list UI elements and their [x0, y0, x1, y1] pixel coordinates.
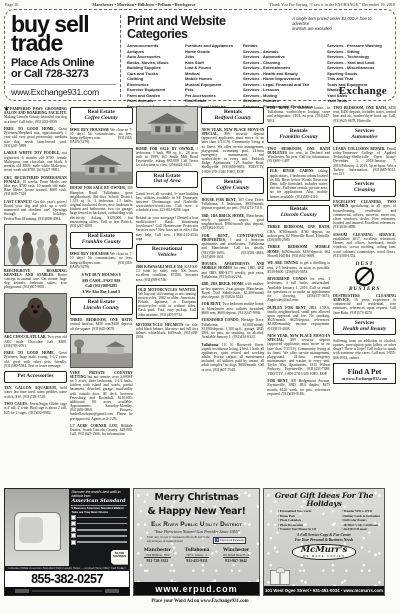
word-ad-footer: Place your Word Ad on www.Exchange931.co…	[0, 596, 400, 604]
classified-ad: TEN GALLON AQUARIUM, held water last tim…	[4, 386, 67, 399]
ad-body: 111 N. Roosevelt Street, superb townhous…	[201, 343, 264, 372]
category-item: Services - Plumbers and Electricians	[243, 104, 327, 110]
free-ad-note: A single item priced under $1,000 is fre…	[292, 16, 389, 26]
pets-group-photo	[4, 224, 67, 266]
exchange-website-url: www.Exchange931.com	[11, 84, 116, 97]
category-column-4: Services - Pressure WashingServices - Si…	[327, 43, 389, 109]
tub-fine-print	[5, 587, 129, 595]
section-header: Real EstateOut of Area	[136, 171, 199, 188]
ad-body: 2BD, 1.5BA, family neighborhood, small p…	[267, 306, 330, 331]
category-item: Yard Tools	[327, 98, 389, 104]
savings-badge: $1,500 SAVINGS	[111, 550, 128, 565]
category-column-1: AnnouncementsAntiquesAuto AccessoriesBoo…	[127, 43, 185, 109]
animals-excluded-note: animals are excluded	[292, 26, 389, 31]
ad-body: taking applications, 1-bedroom cabins lo…	[270, 169, 328, 198]
classified-column-3: HOME FOR SALE BY OWNER, 3 bedrooms, 1 ba…	[136, 106, 199, 486]
classified-ad: FOR RENT, Two bedroom mobile home, in Ma…	[201, 302, 264, 315]
classified-ad: WE ARE TRYING to get a dwelling to rent,…	[267, 261, 330, 274]
classified-ad: FOR RENT, 405 Hedgemont Avenue, Fayettev…	[267, 379, 330, 396]
classified-ad: SISSOM CLEANING SERVICE, established 201…	[333, 233, 396, 258]
classified-ad: DUPLEX FOR RENT, 2BD, 1.5BA, family neig…	[267, 306, 330, 331]
classified-ad: MOTORCYCLE HELMETS for sale, solid black…	[136, 323, 199, 340]
classified-column-2: Real EstateCoffee County$$WE BUY HOUSES$…	[70, 106, 133, 486]
elk-river-visit-text: Visit any of our convenient offices & le…	[147, 536, 211, 544]
facebook-icon: f	[215, 538, 219, 542]
classified-ad: THREE BEDROOM, ONE BATH, central heat/ai…	[70, 318, 133, 331]
office-manchester: Manchester 1324 Hillsboro Blvd 931-728-3…	[144, 547, 171, 563]
section-header-line2: Out of Area	[138, 179, 197, 185]
category-column-3: RentalsServices - AnimalsServices - Auto…	[243, 43, 327, 109]
chocolate-lab-photo	[4, 293, 67, 333]
classified-ad: VERY PRIVATE COUNTRY SETTING but not rem…	[70, 371, 133, 421]
ad-lead: PAMPERED PAWS GROOMING SALON AND BOARDIN…	[4, 107, 67, 115]
classified-ad: EXCELLENT CLEANERS, TWO WOMEN specializi…	[333, 200, 396, 229]
ad-body: for rent, 3 bedrooms, 3 full baths, unfu…	[267, 277, 330, 302]
classified-ad: HOME FOR SALE BY OWNER, 3 bedrooms, 1 ba…	[136, 147, 199, 168]
section-header-line2: Vehicles	[138, 253, 197, 259]
classified-ad: TWO CAGES. Ferret/Sugar Glider cage is 4…	[4, 402, 67, 415]
ad-body: Behind on your mortgage? Denied a loan m…	[136, 216, 199, 241]
classifieds-area: PAMPERED PAWS GROOMING SALON AND BOARDIN…	[0, 104, 400, 486]
section-header-line2: Lincoln County	[72, 306, 131, 312]
section-header: ServicesAutomotive	[333, 126, 396, 143]
dust-word-bottom: BUSTERS	[333, 286, 396, 292]
classified-ad: RIVERBEND CONDO for rent, 3 bedrooms, 3 …	[267, 277, 330, 302]
section-header: RentalsFranklin County	[267, 126, 330, 143]
section-header: Real EstateLincoln County	[70, 297, 133, 314]
classified-ad: FOR RENT, CONTINENTAL PROPERTIES, 1 and …	[201, 234, 264, 259]
happy-new-year-line: & Happy New Year!	[134, 507, 259, 517]
ad-body: specializing in all types of housecleani…	[333, 204, 396, 229]
classified-ad: FREE TO GOOD HOME, Great Pyrenees/Shephe…	[4, 127, 67, 148]
classified-column-4: RentalsBedford CountyNEW YEAR, NEW PLACE…	[201, 106, 264, 486]
office-tullahoma: Tullahoma 207 S. Jackson St. 931-455-931…	[185, 547, 210, 563]
section-header-line2: Coffee County	[72, 116, 131, 122]
classified-column-1: PAMPERED PAWS GROOMING SALON AND BOARDIN…	[4, 106, 67, 486]
gift-ideas-list-left: • Personalized Note Cards• Memo Pads• Ph…	[278, 509, 316, 532]
classified-ad: LEARN COLLISION REPAIR. Enroll today-Ten…	[333, 147, 396, 176]
we-buy-houses-cash-ad: $ WE BUY HOUSES $$$$ CASH...FAST $$$Call…	[70, 272, 133, 294]
gift-ideas-lists: • Personalized Note Cards• Memo Pads• Ph…	[264, 507, 384, 532]
classified-ad: NEW YEAR, NEW PLACE MOVE-IN SPECIAL, $99…	[267, 334, 330, 376]
classified-ad: Tullahoma 111 N. Roosevelt Street, super…	[201, 343, 264, 372]
classified-ad: FURNISHED CONDO, Heritage Trace, Tullaho…	[201, 318, 264, 339]
house-ad-banner: buy sell trade Place Ads Online or Call …	[4, 9, 396, 101]
section-header: RecreationalVehicles	[136, 244, 199, 261]
country-setting-photo	[70, 334, 133, 368]
tub-reasons-title: 5 Reasons American Standard Walk-In Tubs…	[71, 507, 127, 513]
classified-ad: HOUSES, APARTMENTS AND MOBILE HOMES for …	[201, 262, 264, 279]
classified-ad: DUSTBUSTERS CLEANING SERVICE, 16 years e…	[333, 294, 396, 315]
classified-ad: HOUSE FOR RENT, 307 Crest Drive, Tullaho…	[201, 198, 264, 211]
walk-in-tub-display-ad: Discover the world's best walk-in bathtu…	[4, 488, 130, 596]
ad-body: Enroll today-Tennessee College of Applie…	[333, 147, 396, 176]
tub-checklist-item	[71, 515, 127, 520]
section-header: Pet Accessories	[4, 371, 67, 382]
tub-checklist	[71, 515, 127, 545]
mcmurrs-address-bar: 101 West Ogee Street • 931-461-0034 • ww…	[264, 586, 384, 595]
section-header-line2: Lincoln County	[269, 213, 328, 219]
center-ad-line: $ We Also Buy Land $	[70, 289, 133, 294]
section-header: Real EstateFranklin County	[70, 232, 133, 249]
section-header-line2: Franklin County	[269, 135, 328, 141]
ad-body: 305 Hampton Road, Tullahoma, great neigh…	[70, 186, 133, 228]
gift-ideas-headline: Great Gift Ideas For The Holidays	[264, 492, 384, 507]
copy-fax-tagline-2: For Your Personal & Business Needs	[264, 538, 384, 543]
classified-ad: TWO BEDROOM, ONE BATH DUPLEXES for rent,…	[267, 147, 330, 164]
buy-sell-trade-ad: buy sell trade Place Ads Online or Call …	[11, 15, 121, 97]
page-number: Page 10	[5, 2, 18, 7]
masthead: Page 10 Manchester • Morrison • Hillsbor…	[0, 0, 400, 8]
masthead-cities: Manchester • Morrison • Hillsboro • Pelh…	[92, 2, 195, 7]
section-header: ServicesCleaning	[333, 179, 396, 196]
elk-river-tagline: "Your Hometown Natural Gas Provider Sinc…	[134, 529, 259, 534]
tub-checklist-item	[71, 533, 127, 538]
walk-in-tub-photo	[5, 489, 69, 566]
tub-headline: Discover the world's best walk-in bathtu…	[71, 491, 127, 498]
ad-body: Gated, level, all wooded, 5+ acre buildi…	[136, 192, 199, 213]
section-header: Real EstateCoffee County	[70, 107, 133, 124]
category-columns: AnnouncementsAntiquesAuto AccessoriesBoo…	[127, 43, 389, 109]
section-header: RentalsCoffee County	[201, 177, 264, 194]
ad-body: $99 security deposit (approved applicant…	[267, 338, 330, 375]
elk-river-display-ad: Merry Christmas & Happy New Year! Elk Ri…	[133, 488, 260, 596]
classified-ad: ELK RIVER CABINS taking applications, 1-…	[267, 167, 330, 201]
section-header: RentalsBedford County	[201, 107, 264, 124]
american-standard-brand: American Standard	[71, 498, 127, 506]
ad-body: central heat/air, $450 rent/$450 deposit…	[70, 322, 133, 330]
classified-ad: HOUSE FOR SALE BY OWNER, 305 Hampton Roa…	[70, 186, 133, 228]
section-header: RentalsLincoln County	[267, 205, 330, 222]
ad-body: $99 security deposit (approved applicant…	[201, 132, 264, 174]
gift-idea-item: • And MUCH more!	[342, 527, 380, 532]
categories-title: Print and Website Categories	[127, 15, 288, 40]
classified-ad: $$WE BUY HOUSES$$ We close in 7-10 days!…	[70, 252, 133, 269]
category-column-2: Furniture and AppliancesHome GoodsJobsKi…	[185, 43, 243, 109]
classified-ad: THREE BEDROOM MOBILE HOME, $450/month, $…	[267, 245, 330, 258]
smith-mill-house-photo	[136, 106, 199, 144]
classified-ad: LAST CHANCE! Get this year's prices! Boa…	[4, 200, 67, 221]
section-header-line2: Franklin County	[72, 240, 131, 246]
classified-ad: BEECHGROVE BOARDING KENNELS AND STABLES.…	[4, 269, 67, 290]
section-header: ServicesHealth and Beauty	[333, 318, 396, 335]
classified-ad: OLD MOTORCYCLES WANTED. We buy any old r…	[136, 285, 199, 319]
ad-body: Suffering from an addiction to alcohol, …	[333, 339, 396, 360]
ad-body: but not remote, over 2,000SF on 5 acres,…	[70, 375, 133, 421]
classified-ad: $$WE BUY HOUSES$$ We close in 7-10 days!…	[70, 128, 133, 145]
section-header-line2: Health and Beauty	[335, 327, 394, 333]
bottom-display-ads: Discover the world's best walk-in bathtu…	[0, 486, 400, 596]
find-a-pet-box: Find A Petat www.Exchange931.com	[333, 363, 396, 384]
gift-box-graphic	[270, 570, 290, 585]
dustbusters-logo: DUSTBUSTERS	[333, 261, 396, 292]
tub-checklist-item	[71, 527, 127, 532]
classified-ad: 2000 KAWASAKI MULE 550, KAF300-C3 (side …	[136, 265, 199, 282]
classified-ad: LARGE WHITE TOY POODLE, not registered, …	[4, 151, 67, 172]
section-header-line2: Cleaning	[335, 188, 394, 194]
call-phone-label: or Call 728-3273	[11, 69, 116, 80]
classified-ad: Gated, level, all wooded, 5+ acre buildi…	[136, 192, 199, 213]
gift-ideas-list-right: • Transfer VHS to DVD• Holiday Cards & I…	[342, 509, 380, 532]
classified-ad: CKC REGISTERED POMERANIAN FEMALE, 10 wee…	[4, 176, 67, 197]
masthead-slogan: Thank You For Saying, “I saw it in the E…	[269, 2, 395, 7]
hampton-road-house-photo	[70, 148, 133, 184]
classified-ad: FREE TO GOOD HOME, Great Pyrenees, large…	[4, 351, 67, 368]
classified-ad: Behind on your mortgage? Denied a loan m…	[136, 216, 199, 241]
classified-ad: 1.7 ACRE CORNER LOT, Hilldale Estates, S…	[70, 424, 133, 437]
elk-river-company-name: Elk River Public Utility District	[134, 521, 259, 528]
gift-idea-item: • Transfer Your Photos To CD	[278, 527, 316, 532]
classified-ad: PAMPERED PAWS GROOMING SALON AND BOARDIN…	[4, 106, 67, 124]
section-header-line2: Bedford County	[203, 116, 262, 122]
classified-ad: AKC CHOCOLATE LAB. Two year old AKC male…	[4, 335, 67, 348]
section-header-line2: Automotive	[335, 135, 394, 141]
find-a-pet-title: Find A Pet	[335, 367, 394, 376]
classified-ad: 3BD, 1BA BRICK HOME, Manchester, newly p…	[201, 214, 264, 231]
ad-body: We buy any old running or not running mo…	[138, 292, 196, 317]
facebook-badge: f Find us on Facebook	[213, 537, 246, 544]
tub-phone-number: 855-382-0257	[5, 571, 129, 587]
classified-ad: THREE BEDROOM, ONE BATH, CHA, $700/month…	[267, 225, 330, 242]
classified-column-6: TWO BEDROOM, ONE BATH, $450 rent, $450 d…	[333, 106, 396, 486]
erpud-website-url: www.erpud.com	[134, 582, 259, 595]
categories-panel: Print and Website Categories A single it…	[121, 15, 389, 97]
classified-ad: NEW YEAR, NEW PLACE MOVE-IN SPECIAL, $99…	[201, 128, 264, 174]
tub-checklist-item	[71, 521, 127, 526]
classified-column-5: FOR RENT, 2 bedroom house, in Tullahoma,…	[267, 106, 330, 486]
no-dust-icon	[355, 267, 374, 286]
ad-body: established 2017, excellent references. …	[333, 237, 396, 258]
section-header-line2: Coffee County	[203, 186, 262, 192]
merry-christmas-line: Merry Christmas	[134, 493, 259, 503]
office-winchester: Winchester 631 Dinah Shore Blvd 931-967-…	[223, 547, 249, 563]
exchange-logo: Exchange	[339, 85, 387, 97]
mcmurrs-logo: McMurr's WE MAKE COPIES	[292, 544, 356, 560]
ad-body: CHA, $700/month, $700 deposit, no indoor…	[267, 230, 330, 242]
classified-ad: Suffering from an addiction to alcohol, …	[333, 339, 396, 360]
section-header-line1: Pet Accessories	[6, 374, 65, 380]
find-a-pet-url: at www.Exchange931.com	[335, 376, 394, 381]
mcmurrs-display-ad: Great Gift Ideas For The Holidays • Pers…	[263, 488, 385, 596]
category-item: Services - Pressure Washing	[327, 43, 389, 49]
classified-ad: 4BD, 2BA BRICK HOME with mother-in-law q…	[201, 282, 264, 299]
tub-checklist-item	[71, 540, 127, 545]
newspaper-page: Page 10 Manchester • Morrison • Hillsbor…	[0, 0, 400, 614]
ad-body: Making Lincoln County beautiful one dog …	[4, 115, 67, 123]
